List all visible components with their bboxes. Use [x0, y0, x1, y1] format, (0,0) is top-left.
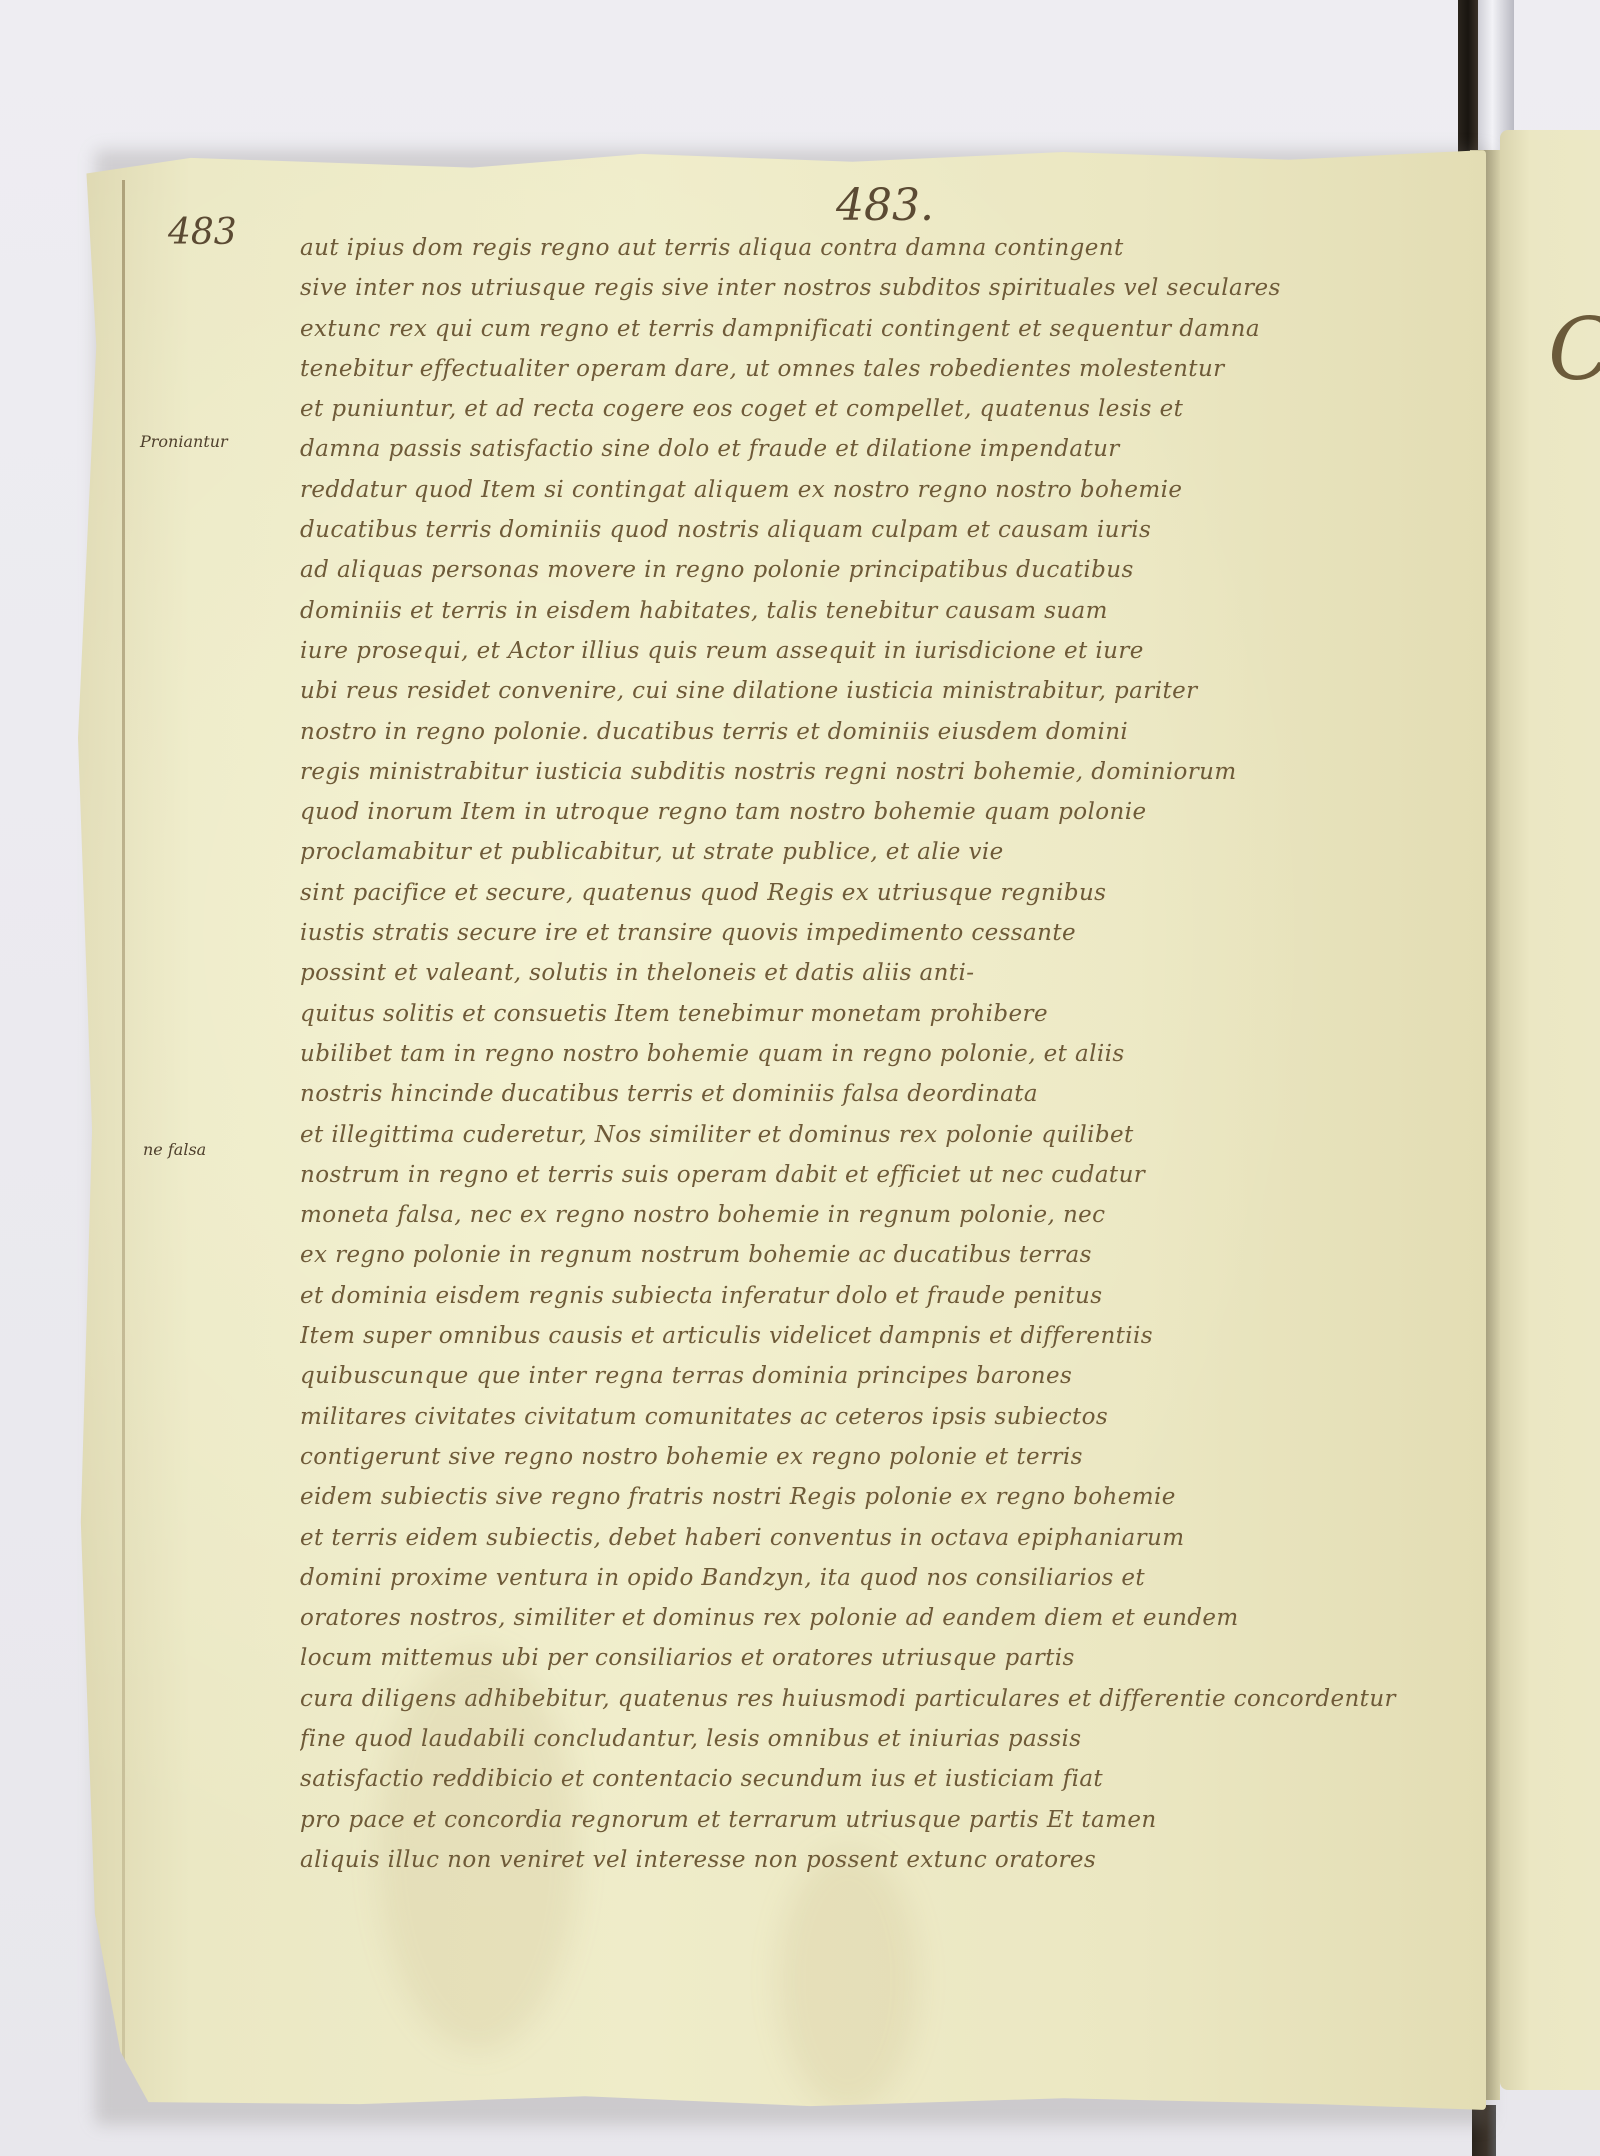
text-line: regis ministrabitur iusticia subditis no… [300, 752, 1430, 792]
folio-number-top: 483. [836, 180, 934, 231]
facing-page-initial: C [1548, 300, 1600, 400]
text-line: cura diligens adhibebitur, quatenus res … [300, 1679, 1430, 1719]
text-line: aut ipius dom regis regno aut terris ali… [300, 228, 1430, 268]
text-line: oratores nostros, similiter et dominus r… [300, 1598, 1430, 1638]
text-line: Item super omnibus causis et articulis v… [300, 1316, 1430, 1356]
text-line: moneta falsa, nec ex regno nostro bohemi… [300, 1195, 1430, 1235]
text-line: nostro in regno polonie. ducatibus terri… [300, 712, 1430, 752]
facing-page [1500, 130, 1600, 2090]
text-line: ubi reus residet convenire, cui sine dil… [300, 671, 1430, 711]
text-line: proclamabitur et publicabitur, ut strate… [300, 832, 1430, 872]
binding-clasp-light [1478, 0, 1514, 150]
text-line: et dominia eisdem regnis subiecta infera… [300, 1276, 1430, 1316]
text-line: eidem subiectis sive regno fratris nostr… [300, 1477, 1430, 1517]
margin-note: Proniantur [140, 432, 228, 451]
text-line: fine quod laudabili concludantur, lesis … [300, 1719, 1430, 1759]
text-line: pro pace et concordia regnorum et terrar… [300, 1800, 1430, 1840]
text-line: sint pacifice et secure, quatenus quod R… [300, 873, 1430, 913]
margin-note: ne falsa [143, 1140, 206, 1159]
text-line: quod inorum Item in utroque regno tam no… [300, 792, 1430, 832]
manuscript-text-block: aut ipius dom regis regno aut terris ali… [300, 228, 1430, 1880]
text-line: quibuscunque que inter regna terras domi… [300, 1356, 1430, 1396]
parchment-stain [778, 1850, 918, 2110]
text-line: et illegittima cuderetur, Nos similiter … [300, 1115, 1430, 1155]
text-line: sive inter nos utriusque regis sive inte… [300, 268, 1430, 308]
text-line: aliquis illuc non veniret vel interesse … [300, 1840, 1430, 1880]
text-line: tenebitur effectualiter operam dare, ut … [300, 349, 1430, 389]
text-line: dominiis et terris in eisdem habitates, … [300, 591, 1430, 631]
text-line: domini proxime ventura in opido Bandzyn,… [300, 1558, 1430, 1598]
text-line: nostrum in regno et terris suis operam d… [300, 1155, 1430, 1195]
text-line: damna passis satisfactio sine dolo et fr… [300, 429, 1430, 469]
text-line: iure prosequi, et Actor illius quis reum… [300, 631, 1430, 671]
text-line: ex regno polonie in regnum nostrum bohem… [300, 1235, 1430, 1275]
text-line: extunc rex qui cum regno et terris dampn… [300, 309, 1430, 349]
text-line: satisfactio reddibicio et contentacio se… [300, 1759, 1430, 1799]
text-line: reddatur quod Item si contingat aliquem … [300, 470, 1430, 510]
text-line: locum mittemus ubi per consiliarios et o… [300, 1638, 1430, 1678]
binding-clasp-dark [1458, 0, 1478, 160]
text-line: ducatibus terris dominiis quod nostris a… [300, 510, 1430, 550]
text-line: militares civitates civitatum comunitate… [300, 1397, 1430, 1437]
text-line: contigerunt sive regno nostro bohemie ex… [300, 1437, 1430, 1477]
text-line: et terris eidem subiectis, debet haberi … [300, 1518, 1430, 1558]
text-line: possint et valeant, solutis in theloneis… [300, 953, 1430, 993]
folio-fold-line [122, 180, 125, 2060]
text-line: ad aliquas personas movere in regno polo… [300, 550, 1430, 590]
text-line: ubilibet tam in regno nostro bohemie qua… [300, 1034, 1430, 1074]
text-line: nostris hincinde ducatibus terris et dom… [300, 1074, 1430, 1114]
text-line: iustis stratis secure ire et transire qu… [300, 913, 1430, 953]
text-line: quitus solitis et consuetis Item tenebim… [300, 994, 1430, 1034]
text-line: et puniuntur, et ad recta cogere eos cog… [300, 389, 1430, 429]
folio-number-margin: 483 [168, 212, 237, 253]
